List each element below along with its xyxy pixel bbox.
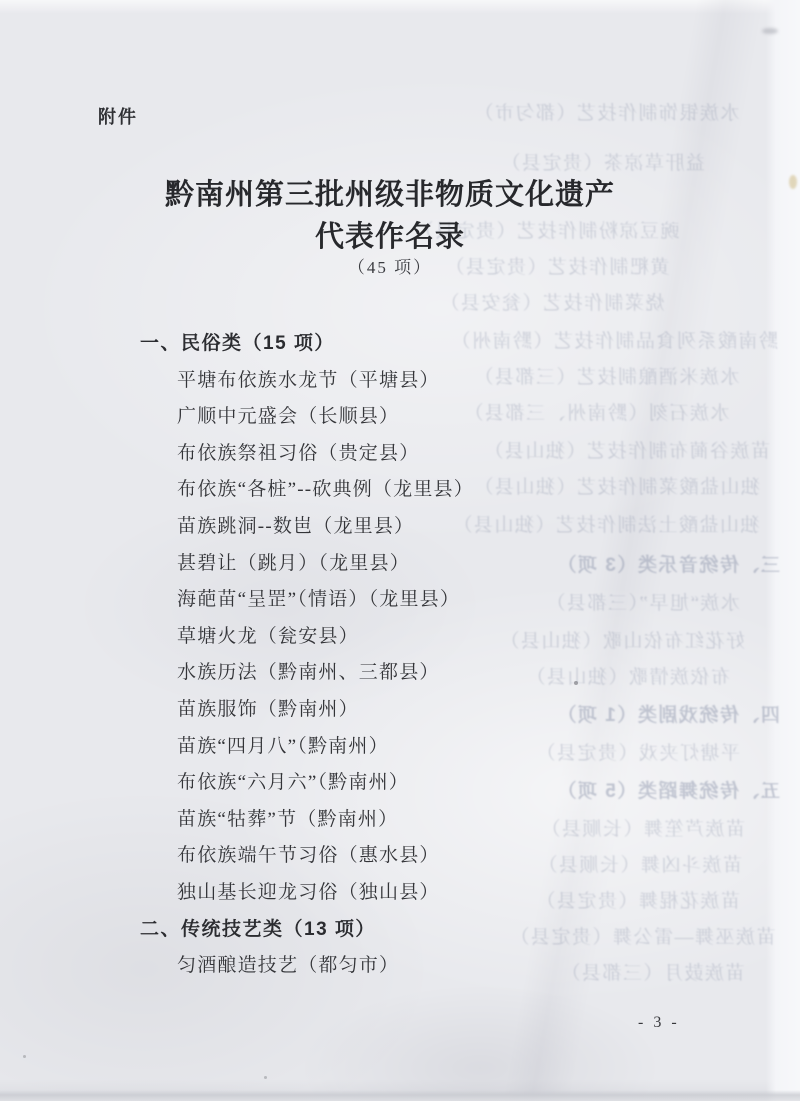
document-title-line1: 黔南州第三批州级非物质文化遗产 [20, 174, 760, 216]
list-item: 广顺中元盛会（长顺县） [140, 399, 700, 436]
list-item: 甚碧让（跳月）（龙里县） [140, 546, 700, 583]
list-item: 布依族“六月六”（黔南州） [140, 765, 700, 802]
document-title-line2: 代表作名录 [20, 216, 760, 258]
document-title: 黔南州第三批州级非物质文化遗产 代表作名录 [20, 174, 760, 258]
list-item: 苗族跳洞--数岜（龙里县） [140, 509, 700, 546]
list-item: 海葩苗“呈罡”（情语）（龙里县） [140, 582, 700, 619]
list-item: 布依族“各桩”--砍典例（龙里县） [140, 472, 700, 509]
list-item: 草塘火龙（瓮安县） [140, 619, 700, 656]
list-item: 苗族“四月八”（黔南州） [140, 729, 700, 766]
section-heading-1: 一、民俗类（15 项） [140, 326, 700, 363]
list-item: 独山基长迎龙习俗（独山县） [140, 875, 700, 912]
heritage-list: 一、民俗类（15 项）平塘布依族水龙节（平塘县）广顺中元盛会（长顺县）布依族祭祖… [140, 326, 700, 985]
page-number: - 3 - [638, 1014, 680, 1032]
list-item: 布依族端午节习俗（惠水县） [140, 838, 700, 875]
list-item: 水族历法（黔南州、三都县） [140, 655, 700, 692]
item-count-subtitle: （45 项） [20, 253, 760, 278]
paper-bottom-edge-shadow [0, 1090, 800, 1101]
section-heading-2: 二、传统技艺类（13 项） [140, 912, 700, 949]
scan-right-light-strip [766, 0, 800, 1101]
list-item: 布依族祭祖习俗（贵定县） [140, 436, 700, 473]
list-item: 苗族“牯葬”节（黔南州） [140, 802, 700, 839]
list-item: 平塘布依族水龙节（平塘县） [140, 363, 700, 400]
attachment-label: 附件 [98, 103, 138, 129]
list-item: 苗族服饰（黔南州） [140, 692, 700, 729]
list-item: 匀酒酿造技艺（都匀市） [140, 948, 700, 985]
